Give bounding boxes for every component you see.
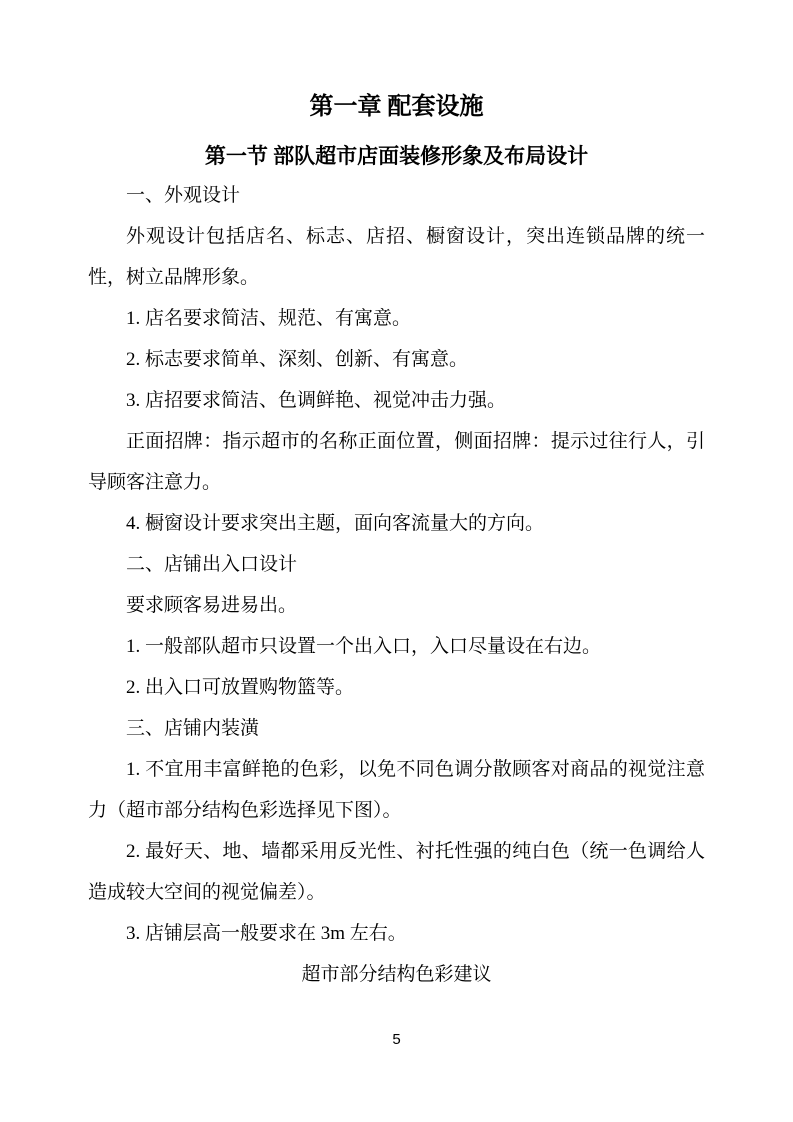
paragraph: 3. 店招要求简洁、色调鲜艳、视觉冲击力强。	[88, 380, 705, 421]
page-number: 5	[0, 1030, 793, 1050]
paragraph: 1. 一般部队超市只设置一个出入口，入口尽量设在右边。	[88, 626, 705, 667]
paragraph: 2. 最好天、地、墙都采用反光性、衬托性强的纯白色（统一色调给人造成较大空间的视…	[88, 831, 705, 913]
paragraph: 2. 标志要求简单、深刻、创新、有寓意。	[88, 339, 705, 380]
figure-caption: 超市部分结构色彩建议	[88, 954, 705, 995]
document-page: 第一章 配套设施 第一节 部队超市店面装修形象及布局设计 一、外观设计 外观设计…	[0, 0, 793, 1122]
paragraph-heading-2: 二、店铺出入口设计	[88, 544, 705, 585]
paragraph: 4. 橱窗设计要求突出主题，面向客流量大的方向。	[88, 503, 705, 544]
paragraph: 外观设计包括店名、标志、店招、橱窗设计，突出连锁品牌的统一性，树立品牌形象。	[88, 216, 705, 298]
paragraph: 1. 店名要求简洁、规范、有寓意。	[88, 298, 705, 339]
page-content: 第一章 配套设施 第一节 部队超市店面装修形象及布局设计 一、外观设计 外观设计…	[88, 90, 705, 995]
paragraph: 2. 出入口可放置购物篮等。	[88, 667, 705, 708]
body-text: 一、外观设计 外观设计包括店名、标志、店招、橱窗设计，突出连锁品牌的统一性，树立…	[88, 175, 705, 995]
section-title: 第一节 部队超市店面装修形象及布局设计	[88, 139, 705, 173]
chapter-title: 第一章 配套设施	[88, 90, 705, 124]
paragraph: 要求顾客易进易出。	[88, 585, 705, 626]
paragraph-heading-3: 三、店铺内装潢	[88, 708, 705, 749]
paragraph: 3. 店铺层高一般要求在 3m 左右。	[88, 913, 705, 954]
paragraph: 正面招牌：指示超市的名称正面位置，侧面招牌：提示过往行人，引导顾客注意力。	[88, 421, 705, 503]
paragraph-heading-1: 一、外观设计	[88, 175, 705, 216]
paragraph: 1. 不宜用丰富鲜艳的色彩，以免不同色调分散顾客对商品的视觉注意力（超市部分结构…	[88, 749, 705, 831]
